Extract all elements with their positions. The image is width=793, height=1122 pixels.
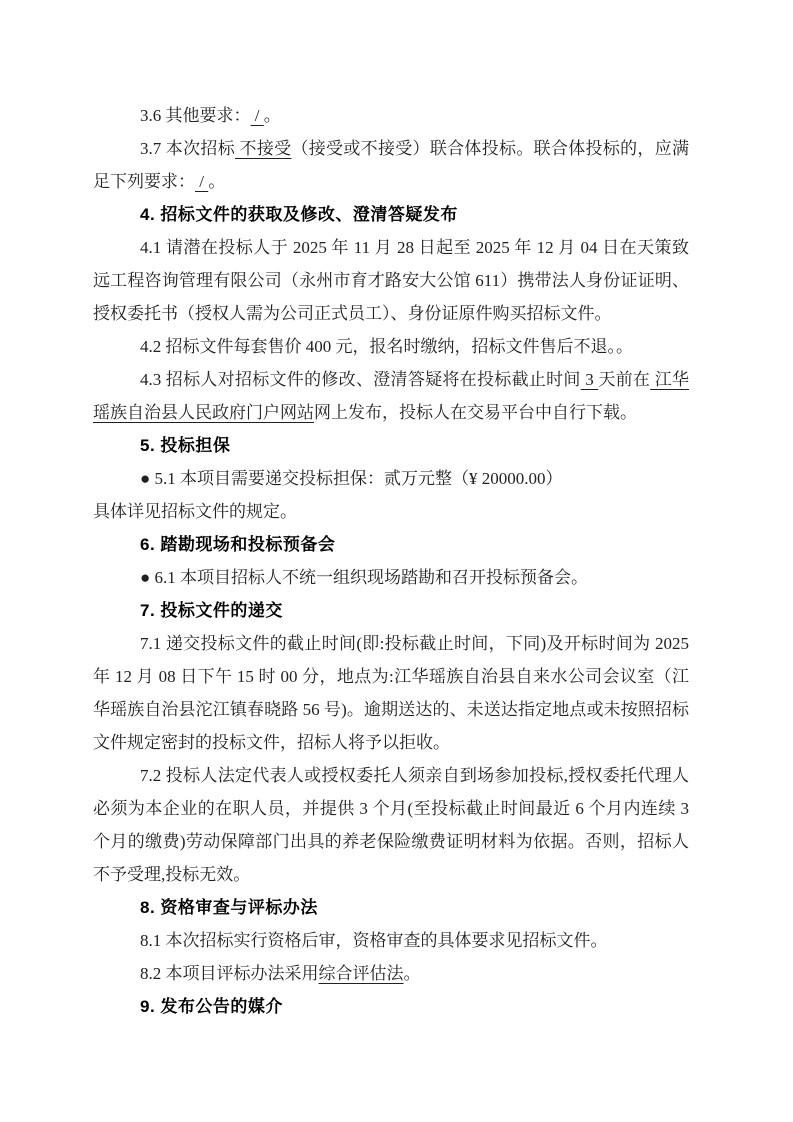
text-run: 3.6 其他要求： xyxy=(140,106,251,125)
clause-8-1: 8.1 本次招标实行资格后审，资格审查的具体要求见招标文件。 xyxy=(93,924,689,957)
document-page: 3.6 其他要求： / 。3.7 本次招标 不接受（接受或不接受）联合体投标。联… xyxy=(0,0,793,1122)
text-run: ● 6.1 本项目招标人不统一组织现场踏勘和召开投标预备会。 xyxy=(140,568,588,587)
heading-4: 4. 招标文件的获取及修改、澄清答疑发布 xyxy=(93,198,689,231)
clause-4-1: 4.1 请潜在投标人于 2025 年 11 月 28 日起至 2025 年 12… xyxy=(93,231,689,330)
text-run: 7.1 递交投标文件的截止时间(即:投标截止时间，下同)及开标时间为 2025 … xyxy=(93,634,689,752)
underlined-text: 综合评估法 xyxy=(319,964,404,983)
clause-4-2: 4.2 招标文件每套售价 400 元，报名时缴纳，招标文件售后不退。。 xyxy=(93,330,689,363)
text-run: 4.2 招标文件每套售价 400 元，报名时缴纳，招标文件售后不退。。 xyxy=(140,337,633,356)
heading-8: 8. 资格审查与评标办法 xyxy=(93,891,689,924)
clause-3-6: 3.6 其他要求： / 。 xyxy=(93,99,689,132)
heading-7: 7. 投标文件的递交 xyxy=(93,594,689,627)
clause-6-1: ● 6.1 本项目招标人不统一组织现场踏勘和召开投标预备会。 xyxy=(93,561,689,594)
clause-3-7: 3.7 本次招标 不接受（接受或不接受）联合体投标。联合体投标的，应满足下列要求… xyxy=(93,132,689,198)
text-run: 4.1 请潜在投标人于 2025 年 11 月 28 日起至 2025 年 12… xyxy=(93,238,689,323)
text-run: 网上发布，投标人在交易平台中自行下载。 xyxy=(314,403,637,422)
underlined-text: / xyxy=(251,106,264,125)
underlined-text: 3 xyxy=(581,370,599,389)
text-run: 8. 资格审查与评标办法 xyxy=(140,898,318,917)
underlined-text: 不接受 xyxy=(235,139,291,158)
text-run: 。 xyxy=(404,964,421,983)
text-run: 。 xyxy=(208,172,225,191)
text-run: 9. 发布公告的媒介 xyxy=(140,997,283,1016)
heading-5: 5. 投标担保 xyxy=(93,429,689,462)
underlined-text: / xyxy=(195,172,208,191)
text-run: 7.2 投标人法定代表人或授权委托人须亲自到场参加投标,授权委托代理人必须为本企… xyxy=(93,766,689,884)
text-run: 4.3 招标人对招标文件的修改、澄清答疑将在投标截止时间 xyxy=(140,370,581,389)
text-run: 具体详见招标文件的规定。 xyxy=(93,502,297,521)
text-run: 5. 投标担保 xyxy=(140,436,230,455)
clause-7-2: 7.2 投标人法定代表人或授权委托人须亲自到场参加投标,授权委托代理人必须为本企… xyxy=(93,759,689,891)
text-run: 天前在 xyxy=(598,370,650,389)
text-run: 。 xyxy=(264,106,281,125)
text-run: 8.1 本次招标实行资格后审，资格审查的具体要求见招标文件。 xyxy=(140,931,608,950)
clause-5-1: ● 5.1 本项目需要递交投标担保：贰万元整（¥ 20000.00） xyxy=(93,462,689,495)
text-run: ● 5.1 本项目需要递交投标担保：贰万元整（¥ 20000.00） xyxy=(140,469,563,488)
text-run: 7. 投标文件的递交 xyxy=(140,601,283,620)
clause-4-3: 4.3 招标人对招标文件的修改、澄清答疑将在投标截止时间 3 天前在 江华瑶族自… xyxy=(93,363,689,429)
clause-7-1: 7.1 递交投标文件的截止时间(即:投标截止时间，下同)及开标时间为 2025 … xyxy=(93,627,689,759)
clause-5-1-note: 具体详见招标文件的规定。 xyxy=(93,495,689,528)
text-run: 3.7 本次招标 xyxy=(140,139,235,158)
clause-8-2: 8.2 本项目评标办法采用综合评估法。 xyxy=(93,957,689,990)
text-run: 6. 踏勘现场和投标预备会 xyxy=(140,535,335,554)
heading-9: 9. 发布公告的媒介 xyxy=(93,990,689,1023)
heading-6: 6. 踏勘现场和投标预备会 xyxy=(93,528,689,561)
text-run: 4. 招标文件的获取及修改、澄清答疑发布 xyxy=(140,205,458,224)
text-run: 8.2 本项目评标办法采用 xyxy=(140,964,319,983)
document-content: 3.6 其他要求： / 。3.7 本次招标 不接受（接受或不接受）联合体投标。联… xyxy=(93,99,689,1023)
